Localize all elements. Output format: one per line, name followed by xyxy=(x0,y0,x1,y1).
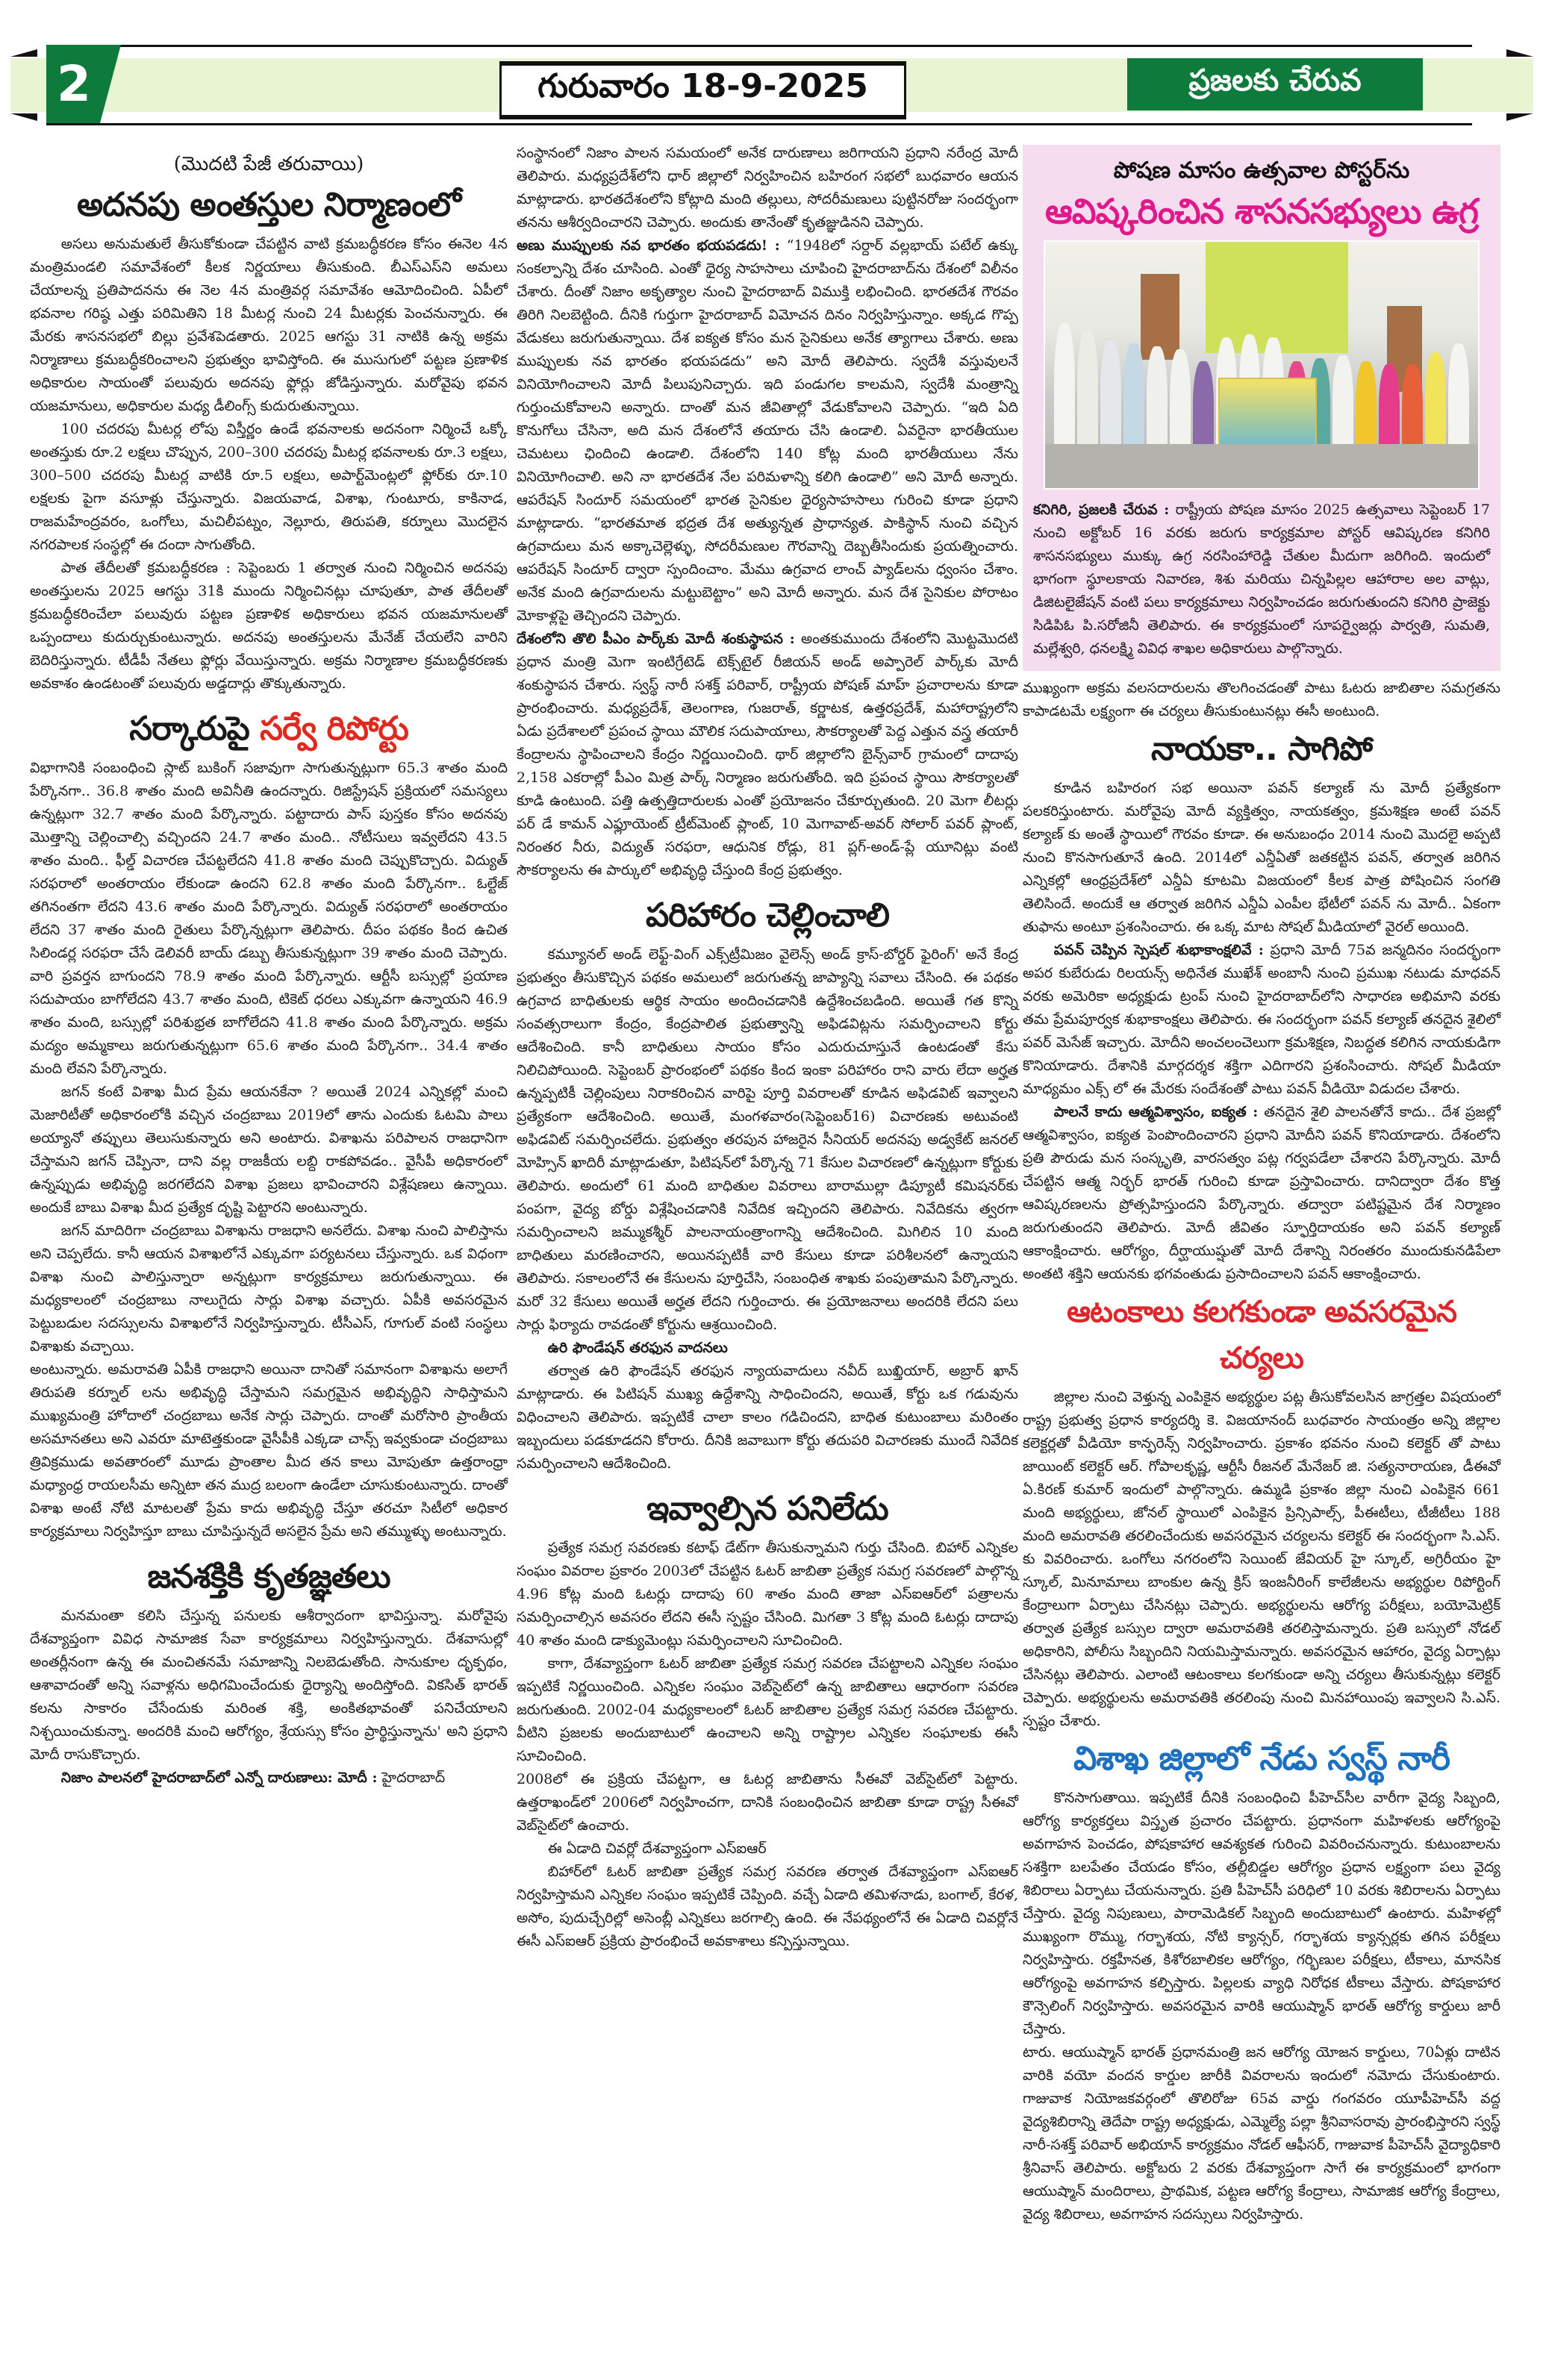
article-paragraph: పాత తేదీలతో క్రమబద్ధీకరణ : సెప్టెంబరు 1 … xyxy=(30,557,508,696)
subheading-text: తనదైన శైలి పాలనతోనే కాదు.. దేశ ప్రజల్లో … xyxy=(1023,1104,1500,1282)
headline-necessary-measures: ఆటంకాలు కలగకుండా అవసరమైన చర్యలు xyxy=(1023,1289,1500,1381)
article-paragraph: విభాగానికి సంబంధించి స్లాట్ బుకింగ్ సజావ… xyxy=(30,757,508,1081)
photo-caption: కనిగిరి, ప్రజలకి చేరువ : రాష్ట్రీయ పోషణ … xyxy=(1033,499,1490,660)
right-column: పోషణ మాసం ఉత్సవాల పోస్టర్‌ను ఆవిష్కరించి… xyxy=(1023,142,1500,2226)
headline-part-black: సర్కారుపై xyxy=(129,710,249,748)
article-paragraph: 100 చదరపు మీటర్ల లోపు విస్తీర్ణం ఉండే భవ… xyxy=(30,418,508,557)
subheading-text: హైదరాబాద్ xyxy=(382,1770,446,1786)
article-paragraph: తర్వాత ఉరి ఫౌండేషన్ తరఫున న్యాయవాదులు నవ… xyxy=(517,1360,1018,1475)
photo-story-topline: పోషణ మాసం ఉత్సవాల పోస్టర్‌ను xyxy=(1033,155,1490,187)
subheading-text: “1948లో సర్దార్ వల్లభాయ్ పటేల్ ఉక్కు సంక… xyxy=(517,237,1018,624)
article-paragraph: జిల్లాల నుంచి వెళ్తున్న ఎంపికైన అభ్యర్థు… xyxy=(1023,1386,1500,1733)
article-paragraph: ఈ ఏడాది చివర్లో దేశవ్యాప్తంగా ఎస్‌ఐఆర్ xyxy=(517,1837,1018,1861)
headline-compensation: పరిహారం చెల్లించాలి xyxy=(517,893,1018,939)
subheading-nuclear: అణు ముప్పులకు నవ భారతం భయపడదు! : xyxy=(517,237,780,254)
article-paragraph: సంస్థానంలో నిజాం పాలన సమయంలో అనేక దారుణా… xyxy=(517,142,1018,234)
caption-dateline: కనిగిరి, ప్రజలకి చేరువ : xyxy=(1033,502,1169,518)
subheading-text: అంతకుముందు దేశంలోని మొట్టమొదటి ప్రధాన మం… xyxy=(517,631,1018,878)
article-paragraph: అంటున్నారు. అమరావతి ఏపీకి రాజధాని అయినా … xyxy=(30,1358,508,1543)
headline-part-red: సర్వే రిపోర్టు xyxy=(260,710,408,748)
issue-date: గురువారం 18-9-2025 xyxy=(499,61,906,119)
newspaper-brand: ప్రజలకు చేరువ xyxy=(1127,58,1423,110)
article-paragraph: ప్రత్యేక సమగ్ర సవరణకు కటాఫ్ డేట్‌గా తీసు… xyxy=(517,1537,1018,1652)
masthead-corner xyxy=(10,49,37,57)
article-paragraph: నిజాం పాలనలో హైదరాబాద్‌లో ఎన్నో దారుణాలు… xyxy=(30,1767,508,1790)
article-paragraph: ఉరి ఫౌండేషన్ తరఫున వాదనలు xyxy=(517,1337,1018,1360)
headline-thanks-janashakti: జనశక్తికి కృతజ్ఞతలు xyxy=(30,1554,508,1600)
article-paragraph: అణు ముప్పులకు నవ భారతం భయపడదు! : “1948లో… xyxy=(517,234,1018,628)
page-number: 2 xyxy=(57,55,91,113)
subheading-pawan-wishes: పవన్ చెప్పిన స్పెషల్ శుభాకాంక్షలివే : xyxy=(1054,942,1264,958)
masthead-corner xyxy=(1506,113,1533,121)
caption-text: రాష్ట్రీయ పోషణ మాసం 2025 ఉత్సవాలు సెప్టె… xyxy=(1033,502,1490,657)
group-photo xyxy=(1044,240,1480,490)
photo-story-headline: ఆవిష్కరించిన శాసనసభ్యులు ఉగ్ర xyxy=(1033,188,1490,234)
headline-visakha-swasth-nari: విశాఖ జిల్లాలో నేడు స్వస్థ్ నారీ xyxy=(1023,1736,1500,1782)
masthead-corner xyxy=(10,113,37,121)
photo-story-box: పోషణ మాసం ఉత్సవాల పోస్టర్‌ను ఆవిష్కరించి… xyxy=(1023,145,1500,671)
article-paragraph: దేశంలోని తొలి పీఎం పార్క్‌కు మోదీ శంకుస్… xyxy=(517,628,1018,882)
article-paragraph: కాగా, దేశవ్యాప్తంగా ఓటర్ జాబితా ప్రత్యేక… xyxy=(517,1652,1018,1768)
headline-no-need-to-give: ఇవ్వాల్సిన పనిలేదు xyxy=(517,1486,1018,1532)
headline-additional-floors: అదనపు అంతస్తుల నిర్మాణంలో xyxy=(30,182,508,228)
middle-column: సంస్థానంలో నిజాం పాలన సమయంలో అనేక దారుణా… xyxy=(517,142,1018,1953)
continuation-kicker: (మొదటి పేజీ తరువాయి) xyxy=(30,149,508,179)
article-paragraph: పాలనే కాదు ఆత్మవిశ్వాసం, ఐక్యత : తనదైన శ… xyxy=(1023,1101,1500,1286)
subheading-nizam: నిజాం పాలనలో హైదరాబాద్‌లో ఎన్నో దారుణాలు… xyxy=(61,1770,378,1786)
headline-leader-go-on: నాయకా.. సాగిపో xyxy=(1023,726,1500,772)
article-paragraph: మనమంతా కలిసి చేస్తున్న పనులకు ఆశీర్వాదంగ… xyxy=(30,1605,508,1767)
masthead-corner xyxy=(1506,49,1533,57)
article-paragraph: ముఖ్యంగా అక్రమ వలసదారులను తొలగించడంతో పా… xyxy=(1023,677,1500,723)
headline-survey-report: సర్కారుపై సర్వే రిపోర్టు xyxy=(30,706,508,752)
article-paragraph: పవన్ చెప్పిన స్పెషల్ శుభాకాంక్షలివే : ప్… xyxy=(1023,939,1500,1101)
article-paragraph: కూడిన బహిరంగ సభ అయినా పవన్ కల్యాణ్ ను మో… xyxy=(1023,777,1500,939)
subheading-confidence-unity: పాలనే కాదు ఆత్మవిశ్వాసం, ఐక్యత : xyxy=(1054,1104,1258,1120)
subheading-uri-foundation: ఉరి ఫౌండేషన్ తరఫున వాదనలు xyxy=(548,1340,728,1356)
article-paragraph: బిహార్‌లో ఓటర్ జాబితా ప్రత్యేక సమగ్ర సవర… xyxy=(517,1861,1018,1953)
article-paragraph: కొనసాగుతాయి. ఇప్పటికే దీనికి సంబంధించి ప… xyxy=(1023,1787,1500,2041)
article-paragraph: జగన్ కంటే విశాఖ మీద ప్రేమ ఆయనకేనా ? అయిత… xyxy=(30,1081,508,1219)
masthead: 2 గురువారం 18-9-2025 ప్రజలకు చేరువ xyxy=(10,45,1533,125)
subheading-text: ప్రధాని మోదీ 75వ జన్మదినం సందర్భంగా అపర … xyxy=(1023,942,1500,1097)
article-paragraph: కమ్యూనల్ అండ్ లెఫ్ట్-వింగ్ ఎక్స్‌ట్రీమిజ… xyxy=(517,943,1018,1337)
photo-floor xyxy=(1045,444,1478,488)
article-paragraph: జగన్ మాదిరిగా చంద్రబాబు విశాఖను రాజధాని … xyxy=(30,1219,508,1358)
left-column: (మొదటి పేజీ తరువాయి) అదనపు అంతస్తుల నిర్… xyxy=(30,142,508,1790)
article-paragraph: టారు. ఆయుష్మాన్ భారత్ ప్రధానమంత్రి జన ఆర… xyxy=(1023,2041,1500,2226)
article-paragraph: అసలు అనుమతులే తీసుకోకుండా చేపట్టిన వాటి … xyxy=(30,233,508,418)
article-paragraph: 2008లో ఈ ప్రక్రియ చేపట్టగా, ఆ ఓటర్ల జాబి… xyxy=(517,1768,1018,1837)
subheading-pm-park: దేశంలోని తొలి పీఎం పార్క్‌కు మోదీ శంకుస్… xyxy=(517,631,795,647)
